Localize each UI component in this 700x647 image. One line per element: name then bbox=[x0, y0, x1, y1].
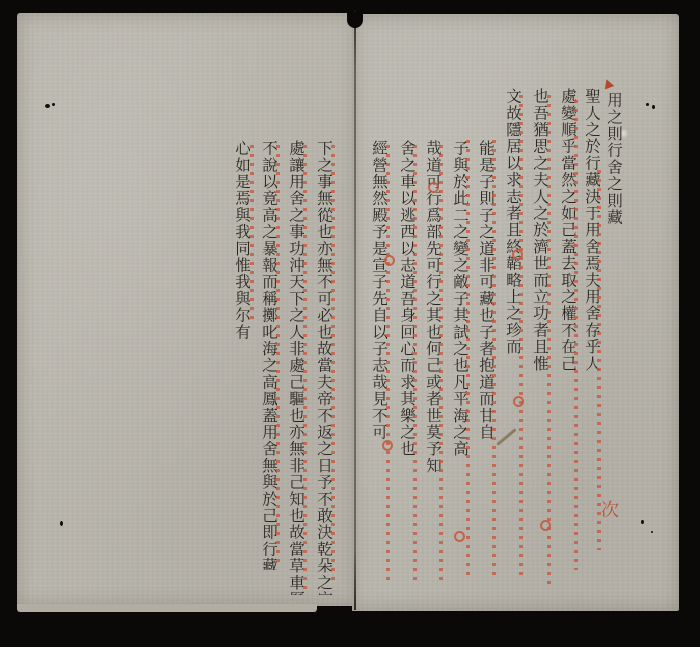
binding-hole-left-3 bbox=[60, 521, 63, 526]
text-column: 處變順乎當然之如己蓋去取之權不在己 bbox=[556, 88, 576, 588]
emphasis-circle bbox=[540, 520, 551, 531]
text-column: 文故隱居以求志者且終韜略上之珍而 bbox=[501, 88, 521, 588]
binding-hole-left-2 bbox=[52, 103, 55, 106]
punctuation-marks bbox=[413, 145, 417, 585]
punctuation-marks bbox=[276, 145, 280, 565]
emphasis-circle bbox=[382, 440, 393, 451]
section-title: 用之則行舍之則藏 bbox=[602, 92, 622, 252]
text-column: 能是子則子之道非可藏也子者抱道而甘自 bbox=[474, 140, 494, 590]
text-column: 不說以竟高之暴報而稱擲叱海之高鳳蓋用舍無與於己即行藏隨遇而安哉 bbox=[257, 140, 277, 570]
emphasis-circle bbox=[512, 249, 523, 260]
text-column: 經營無然殿予是宣子先自以子志哉見不可 bbox=[367, 140, 387, 590]
emphasis-circle bbox=[513, 396, 524, 407]
emphasis-circle bbox=[454, 531, 465, 542]
binding-hole-left-1 bbox=[45, 104, 50, 108]
text-column: 舍之車以逃西以志道吾身回心而求其樂之也 bbox=[395, 140, 415, 590]
binding-hole-right-4 bbox=[651, 531, 653, 533]
emphasis-circle bbox=[384, 255, 395, 266]
text-column: 也吾猶思之夫人之於濟世而立功者且惟 bbox=[528, 88, 548, 588]
punctuation-marks bbox=[439, 145, 443, 585]
binding-gutter bbox=[354, 10, 356, 610]
text-column: 哉道可行爲部先可行之其也何己或者世莫予知 bbox=[421, 140, 441, 590]
text-column: 處讓用舍之事功沖天下之人非處己驅也亦無非己知也故當草車歷體之餘予 bbox=[284, 140, 304, 595]
binding-hole-right-3 bbox=[641, 520, 644, 524]
marginal-note: 次 bbox=[601, 496, 619, 522]
punctuation-marks bbox=[492, 140, 496, 580]
punctuation-marks bbox=[331, 145, 335, 585]
punctuation-marks bbox=[574, 100, 578, 570]
punctuation-marks bbox=[303, 145, 307, 590]
punctuation-marks bbox=[386, 145, 390, 585]
punctuation-marks bbox=[547, 95, 551, 585]
punctuation-marks bbox=[250, 145, 254, 325]
manuscript-photo: 用之則行舍之則藏 聖人之於行藏決于用舍焉夫用舍存乎人 處變順乎當然之如己蓋去取之… bbox=[0, 0, 700, 647]
binding-notch bbox=[347, 12, 363, 28]
punctuation-marks bbox=[597, 170, 601, 550]
binding-hole-right-1 bbox=[646, 103, 649, 106]
emphasis-circle bbox=[428, 182, 439, 193]
text-column: 子與於此二之變之敵子其試之也凡平海之高 bbox=[448, 140, 468, 590]
binding-hole-right-2 bbox=[652, 105, 655, 109]
text-column: 下之事無從也亦無不可必也故當夫帝不返之日予不敢決乾朵之空繫而 bbox=[312, 140, 332, 595]
text-column: 心如是焉與我同惟我與尔有是夫 bbox=[230, 140, 250, 340]
punctuation-marks bbox=[519, 95, 523, 575]
punctuation-marks bbox=[466, 140, 470, 580]
